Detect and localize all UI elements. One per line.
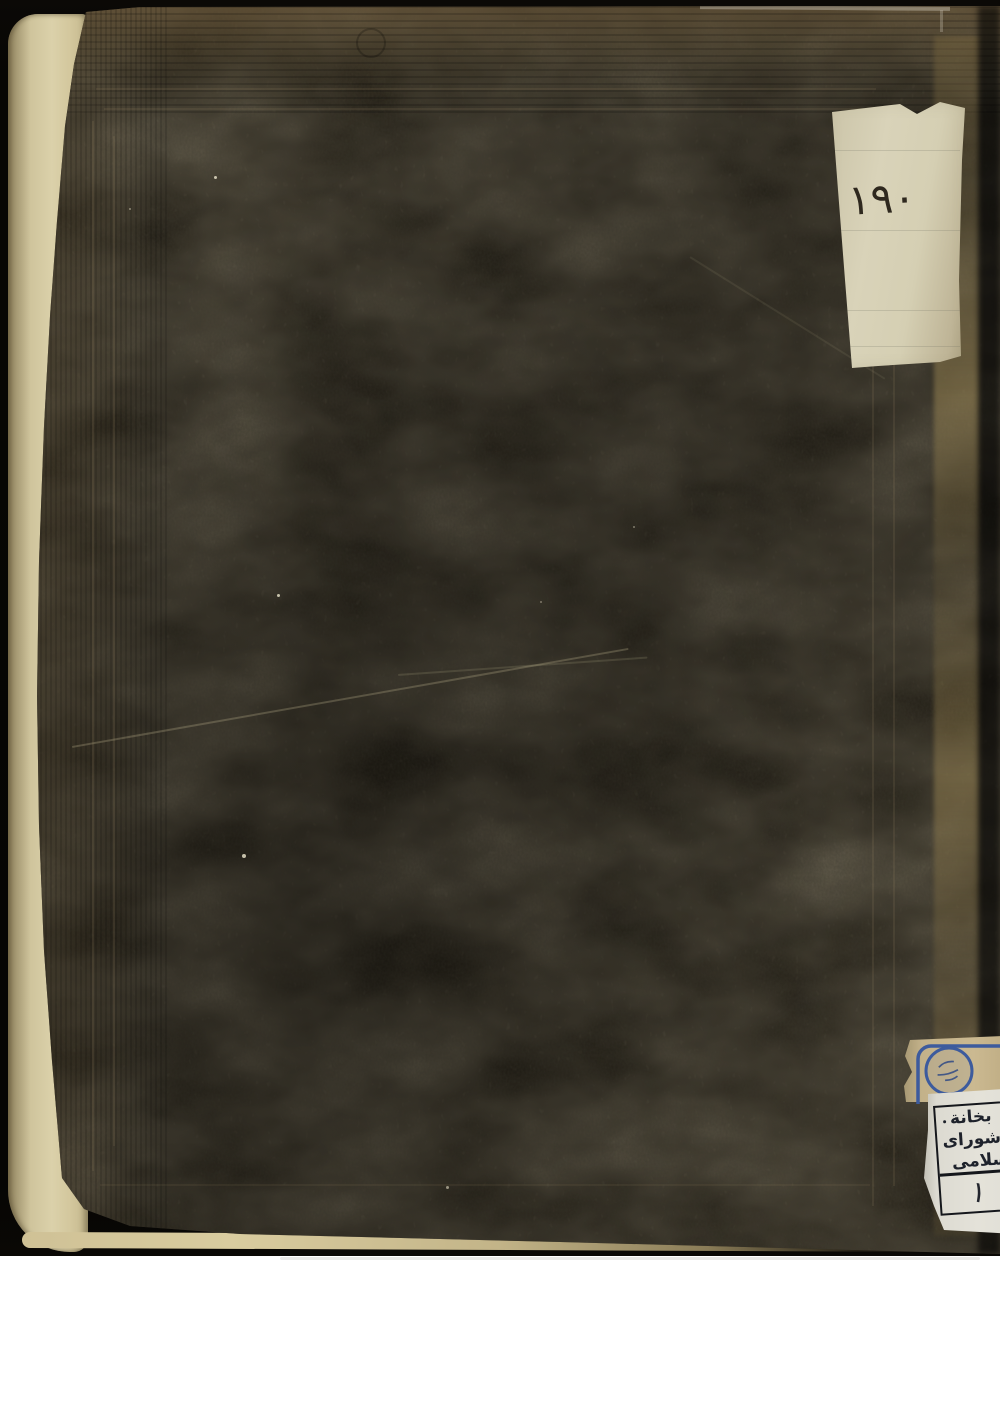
tooled-line-right-2 (893, 336, 895, 1186)
shelf-number-text: ۱۹۰ (847, 172, 917, 224)
library-label-number: ۱ (968, 1174, 989, 1210)
label-rule-line (830, 310, 960, 311)
tooled-line-left-1 (92, 121, 94, 1171)
book-scan-photo: ۱۹۰ بخانة س شورای سلامی ۱ (0, 0, 1000, 1256)
library-label-line-1: بخانة (949, 1106, 992, 1129)
tooled-line-top-1 (96, 88, 876, 90)
library-label-line-2: س شورای (942, 1125, 1000, 1151)
dust-speck (277, 594, 280, 597)
label-rule-line (830, 230, 960, 231)
dust-speck (540, 601, 542, 603)
library-label-box: بخانة س شورای سلامی ۱ (933, 1095, 1000, 1215)
dust-speck (633, 526, 635, 528)
dust-speck (242, 854, 246, 858)
tooled-line-top-2 (104, 108, 864, 110)
top-corner-glint (940, 10, 943, 32)
scan-smudge (280, 1257, 980, 1260)
ring-mark (356, 28, 386, 58)
dust-speck (129, 208, 131, 210)
dust-speck (214, 176, 217, 179)
label-rule-line (830, 150, 960, 151)
book-cover: ۱۹۰ بخانة س شورای سلامی ۱ (0, 6, 1000, 1254)
tooled-line-left-2 (113, 136, 115, 1146)
dust-speck (446, 1186, 449, 1189)
cut-letter-mark (943, 1120, 946, 1123)
tooled-line-bottom (100, 1184, 870, 1186)
